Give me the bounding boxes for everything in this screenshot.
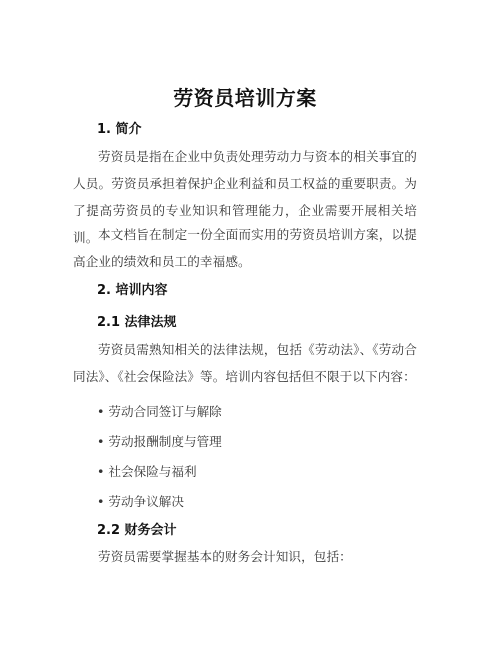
bullet-item: • 劳动合同签订与解除 (97, 401, 222, 420)
subsection-heading-laws: 2.1 法律法规 (97, 311, 177, 330)
laws-paragraph: 劳资员需熟知相关的法律法规，包括《劳动法》、《劳动合同法》、《社会保险法》等。培… (73, 336, 417, 390)
bullet-item: • 劳动报酬制度与管理 (97, 431, 222, 450)
section-heading-training-content: 2. 培训内容 (97, 279, 168, 298)
document-title: 劳资员培训方案 (73, 82, 417, 111)
intro-paragraph-2: 本文档旨在制定一份全面而实用的劳资员培训方案，以提高企业的绩效和员工的幸福感。 (73, 221, 417, 275)
subsection-heading-finance: 2.2 财务会计 (97, 519, 177, 538)
bullet-item: • 社会保险与福利 (97, 461, 197, 480)
section-heading-intro: 1. 简介 (97, 118, 142, 137)
finance-paragraph: 劳资员需要掌握基本的财务会计知识，包括： (73, 543, 417, 570)
bullet-item: • 劳动争议解决 (97, 491, 184, 510)
